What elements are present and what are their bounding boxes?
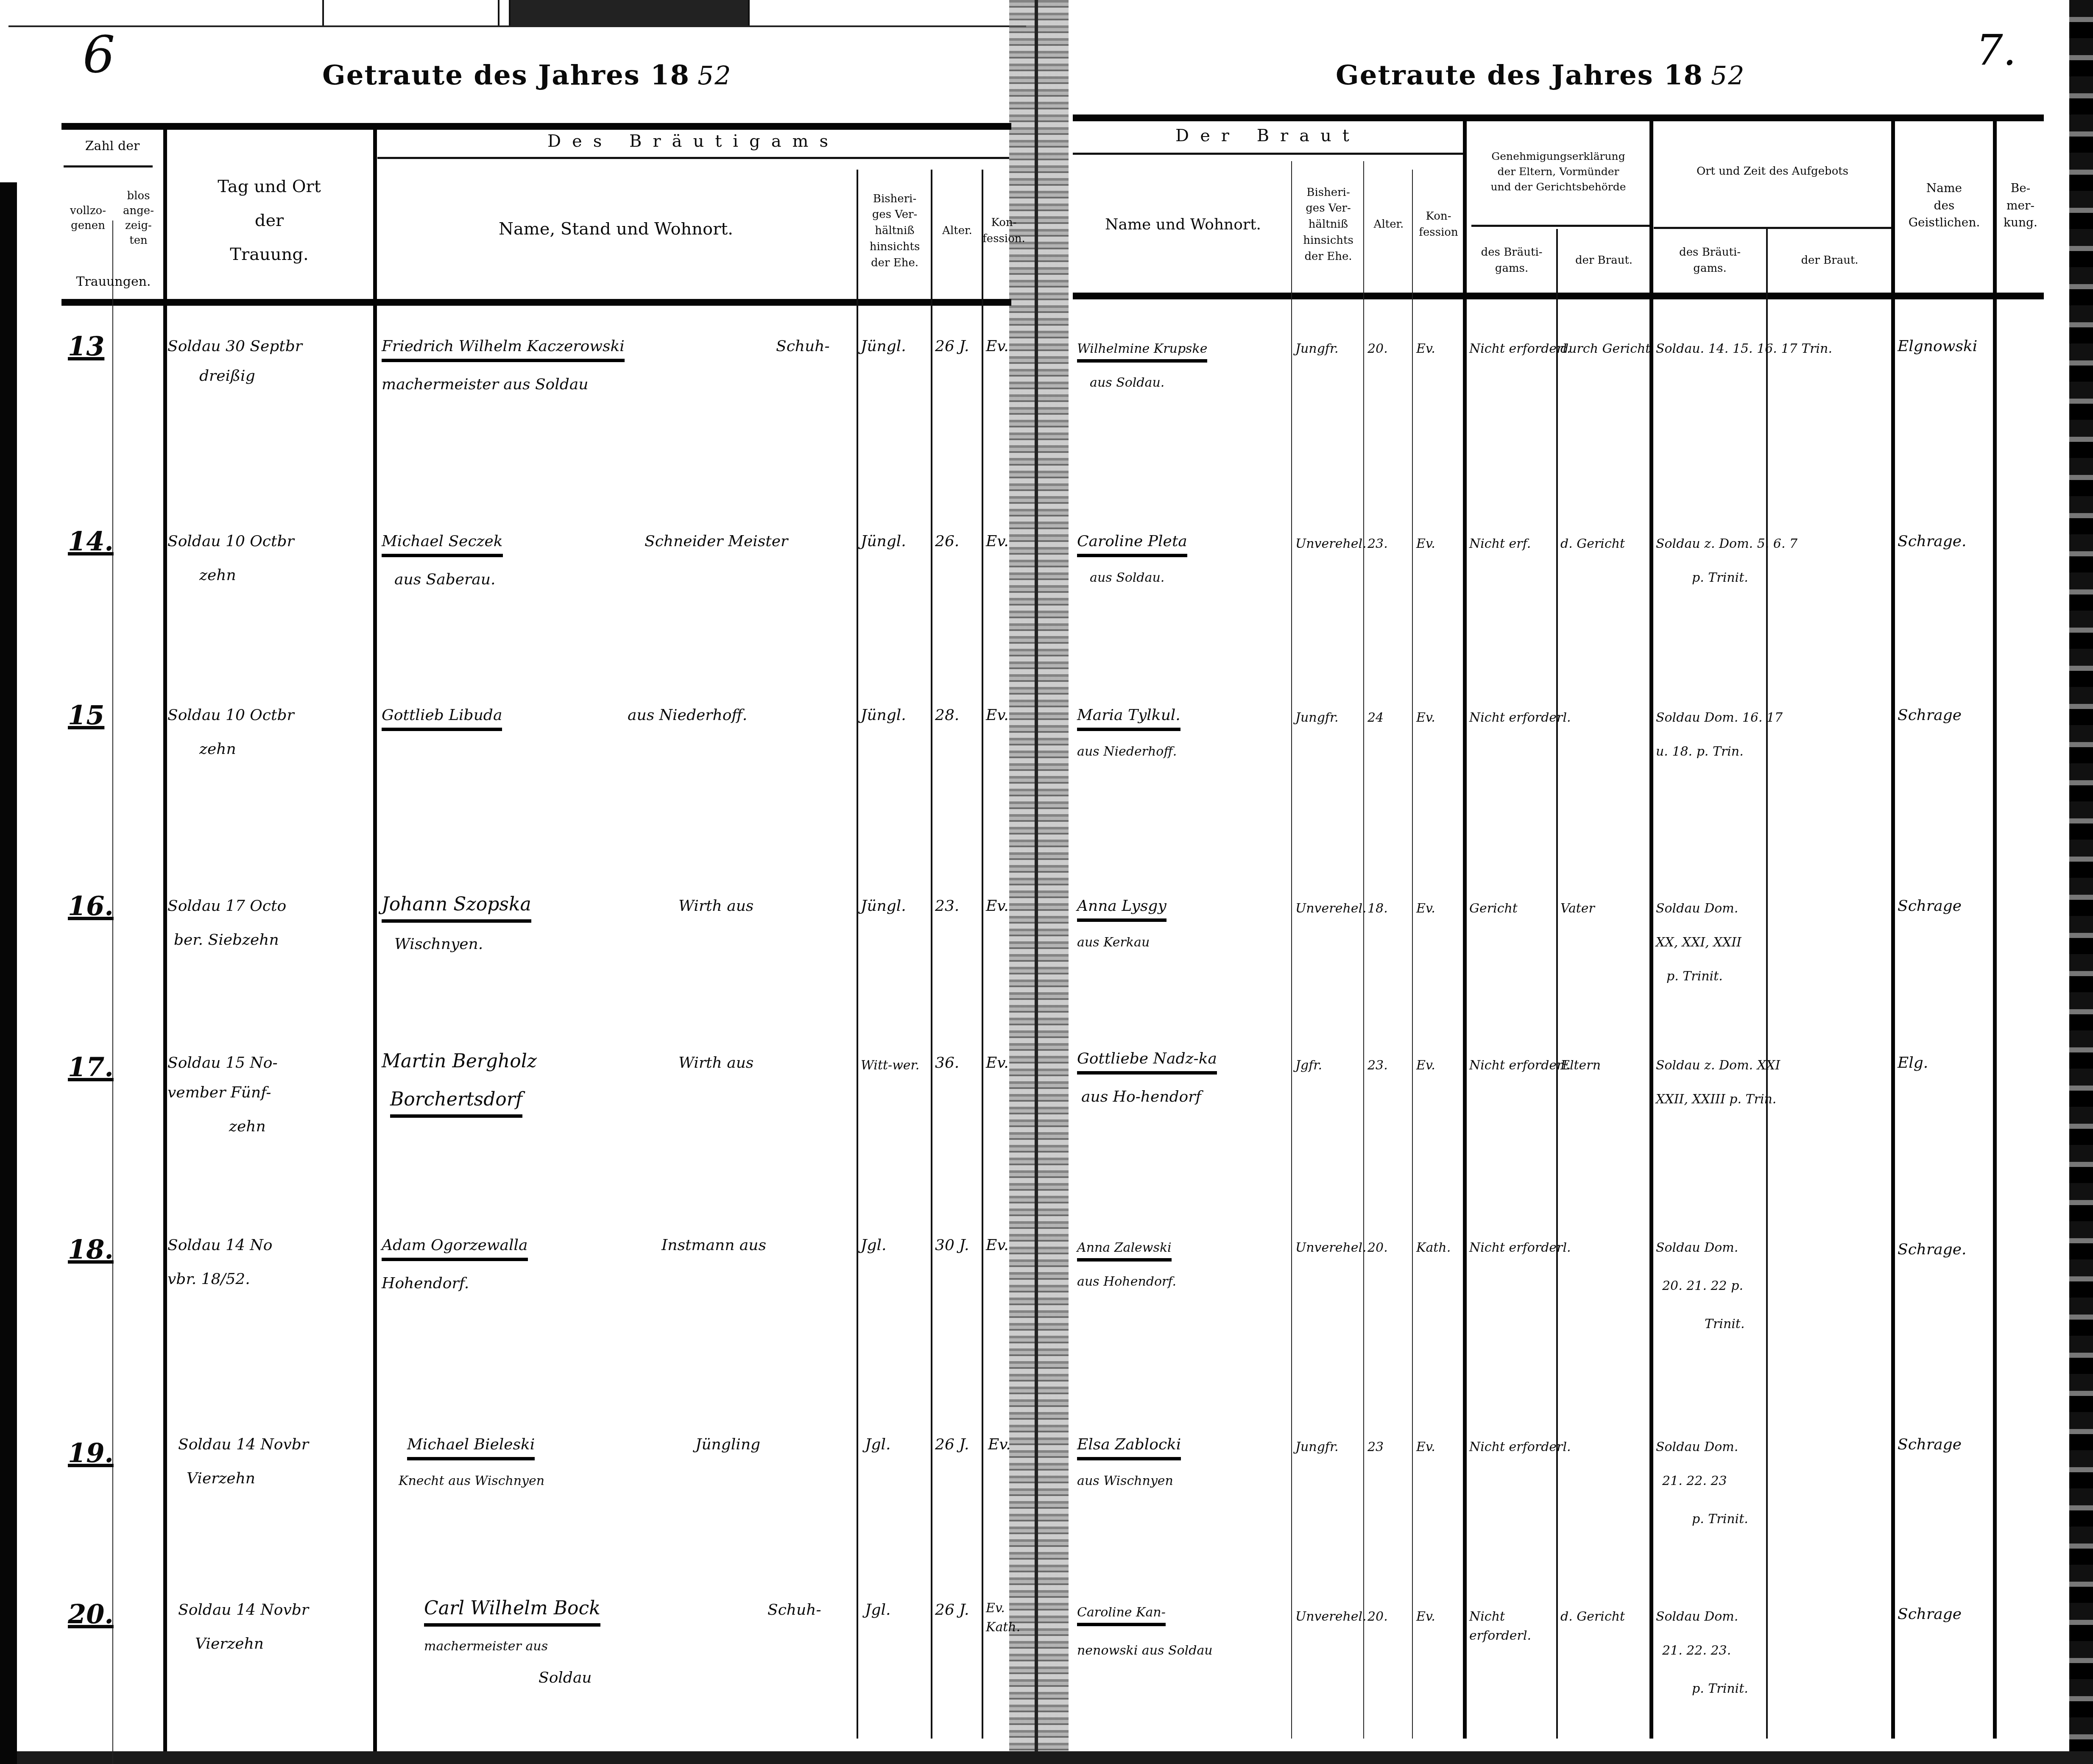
entry-number: 13	[68, 327, 104, 366]
entry-number: 18.	[68, 1230, 114, 1269]
banns: u. 18. p. Trin.	[1656, 742, 1744, 761]
bride-name: Gottliebe Nadz-ka	[1077, 1047, 1217, 1075]
bride-age: 24	[1367, 708, 1384, 727]
groom-name: Michael Bieleski	[407, 1433, 535, 1460]
bride-name: Maria Tylkul.	[1077, 704, 1180, 731]
entry-number: 20.	[68, 1594, 114, 1634]
groom-name: Friedrich Wilhelm Kaczerowski	[382, 335, 625, 362]
bride-confession: Ev.	[1416, 534, 1435, 553]
clergy: Schrage.	[1898, 530, 1966, 553]
groom-confession: Ev.	[988, 1433, 1011, 1456]
entry-number: 14.	[68, 522, 114, 561]
groom-stand: Knecht aus Wischnyen	[399, 1471, 544, 1490]
entry-number: 19.	[68, 1433, 114, 1473]
rule	[1471, 225, 1649, 227]
groom-stand: aus Saberau.	[394, 568, 495, 591]
right-header-bottom-rule	[1073, 293, 2044, 299]
col-divider	[857, 170, 858, 1739]
banns: XX, XXI, XXII	[1656, 933, 1741, 952]
consent-bride: Vater	[1560, 899, 1595, 918]
header-name-und-wohnort: Name und Wohnort.	[1077, 157, 1289, 293]
bride-place: nenowski aus Soldau	[1077, 1641, 1281, 1660]
header-tag-und-ort: Tag und Ort der Trauung.	[167, 153, 371, 288]
groom-age: 30 J.	[935, 1234, 969, 1257]
col-divider	[1993, 119, 1997, 1739]
col-divider	[1412, 170, 1413, 1739]
col-divider	[1363, 161, 1364, 1739]
groom-status: Jüngl.	[861, 530, 906, 553]
groom-stand: Wischnyen.	[394, 933, 483, 956]
bride-status: Jungfr.	[1295, 708, 1339, 727]
date-place: ber. Siebzehn	[174, 929, 279, 952]
groom-stand: Soldau	[539, 1666, 592, 1689]
groom-stand: Jüngling	[695, 1433, 760, 1456]
header-bisheriges-verhaeltniss: Bisheri- ges Ver- hältniß hinsichts der …	[859, 165, 931, 297]
left-header-bottom-rule	[61, 299, 1011, 306]
date-place: Vierzehn	[195, 1633, 264, 1655]
col-divider	[1463, 119, 1467, 1739]
title-year: 52	[1711, 61, 1745, 91]
header-trauungen: Trauungen.	[64, 267, 163, 297]
consent-groom: Nicht erforderl.	[1469, 339, 1571, 358]
bride-place: aus Soldau.	[1090, 568, 1164, 587]
bride-name: Caroline Kan-	[1077, 1603, 1166, 1626]
header-consent-groom: des Bräuti- gams.	[1467, 229, 1556, 293]
bride-status: Jgfr.	[1295, 1056, 1322, 1075]
groom-stand: Wirth aus	[678, 895, 753, 918]
consent-groom: Nicht erforderl.	[1469, 708, 1571, 727]
header-konfession: Kon- fession	[1414, 157, 1463, 293]
banns: XXII, XXIII p. Trin.	[1656, 1090, 1776, 1109]
col-divider	[112, 220, 113, 1764]
banns: Soldau Dom.	[1656, 1238, 1738, 1257]
banns: Soldau z. Dom. XXI	[1656, 1056, 1780, 1075]
rule	[1073, 153, 1463, 155]
bride-age: 23	[1367, 1437, 1384, 1457]
clergy: Elg.	[1898, 1052, 1928, 1075]
banns: Soldau Dom. 16. 17	[1656, 708, 1783, 727]
header-bisheriges-verhaeltniss: Bisheri- ges Ver- hältniß hinsichts der …	[1293, 157, 1363, 293]
date-place: vember Fünf-	[167, 1081, 271, 1104]
right-page-title: Getraute des Jahres 1852	[1336, 59, 1745, 91]
header-blos-angezeigten: blos ange- zeig- ten	[114, 170, 163, 267]
groom-confession: Ev.	[986, 895, 1009, 918]
date-place: zehn	[229, 1115, 266, 1138]
groom-age: 26.	[935, 530, 959, 553]
groom-confession: Ev.	[986, 335, 1009, 358]
bride-name: Anna Zalewski	[1077, 1238, 1172, 1262]
groom-confession: Ev.	[986, 1234, 1009, 1257]
header-aufgebot: Ort und Zeit des Aufgebots	[1654, 119, 1891, 225]
banns: Soldau Dom.	[1656, 899, 1738, 918]
date-place: Vierzehn	[187, 1467, 255, 1490]
bride-name: Caroline Pleta	[1077, 530, 1187, 557]
date-place: dreißig	[199, 365, 255, 388]
previous-page-stub	[322, 0, 500, 27]
banns: 20. 21. 22 p.	[1662, 1276, 1743, 1295]
date-place: Soldau 17 Octo	[167, 895, 286, 918]
groom-stand: aus Niederhoff.	[628, 704, 747, 727]
groom-confession: Ev.	[986, 1052, 1009, 1075]
bride-place: aus Kerkau	[1077, 933, 1150, 952]
spine-fold-line	[1035, 0, 1038, 1764]
groom-confession: Ev. Kath.	[986, 1599, 1024, 1637]
header-bemerkung: Be- mer- kung.	[1997, 119, 2044, 293]
bride-age: 23.	[1367, 1056, 1388, 1075]
left-page-top-edge	[8, 25, 1026, 27]
date-place: Soldau 10 Octbr	[167, 704, 294, 727]
groom-stand: Schneider Meister	[645, 530, 788, 553]
groom-name: Gottlieb Libuda	[382, 704, 502, 731]
header-vollzogenen: vollzo- genen	[64, 170, 112, 267]
bride-confession: Ev.	[1416, 708, 1435, 727]
groom-status: Jüngl.	[861, 335, 906, 358]
scan-right-edge	[2069, 0, 2093, 1764]
groom-status: Jgl.	[861, 1234, 886, 1257]
consent-bride: d. Gericht	[1560, 1607, 1625, 1626]
groom-stand: Schuh-	[767, 1599, 821, 1622]
entry-number: 15	[68, 695, 104, 735]
banns: p. Trinit.	[1666, 967, 1723, 986]
previous-page-stub	[509, 0, 750, 27]
groom-status: Witt-wer.	[861, 1056, 929, 1075]
consent-bride: durch Gericht	[1560, 339, 1650, 358]
bride-status: Unverehel.	[1295, 1607, 1367, 1626]
date-place: zehn	[199, 564, 236, 587]
bride-age: 18.	[1367, 899, 1388, 918]
bride-age: 23.	[1367, 534, 1388, 553]
date-place: vbr. 18/52.	[167, 1268, 250, 1291]
groom-age: 28.	[935, 704, 959, 727]
bride-confession: Ev.	[1416, 1437, 1435, 1457]
groom-name: Michael Seczek	[382, 530, 503, 557]
banns: p. Trinit.	[1692, 1679, 1748, 1698]
bride-status: Unverehel.	[1295, 1238, 1367, 1257]
banns: Soldau z. Dom. 5. 6. 7	[1656, 534, 1797, 553]
banns: p. Trinit.	[1692, 568, 1748, 587]
rule	[64, 165, 153, 167]
banns: Soldau Dom.	[1656, 1607, 1738, 1626]
consent-groom: Gericht	[1469, 899, 1518, 918]
header-des-braeutigams: Des Bräutigams	[377, 125, 1009, 157]
consent-bride: Eltern	[1560, 1056, 1601, 1075]
right-page-number: 7.	[1976, 25, 2016, 75]
col-divider	[1766, 229, 1768, 1739]
col-divider	[1649, 119, 1653, 1739]
date-place: Soldau 14 Novbr	[178, 1433, 309, 1456]
bride-place: aus Soldau.	[1090, 373, 1164, 392]
bride-confession: Kath.	[1416, 1238, 1451, 1257]
bride-place: aus Niederhoff.	[1077, 742, 1177, 761]
date-place: Soldau 30 Septbr	[167, 335, 302, 358]
banns: Trinit.	[1705, 1315, 1744, 1334]
header-geistlicher: Name des Geistlichen.	[1895, 119, 1993, 293]
scan-bottom-edge	[17, 1751, 2093, 1764]
left-page-title: Getraute des Jahres 1852	[322, 59, 731, 91]
date-place: Soldau 14 No	[167, 1234, 272, 1257]
date-place: Soldau 15 No-	[167, 1052, 278, 1075]
groom-age: 26 J.	[935, 335, 969, 358]
bride-place: aus Ho-hendorf	[1081, 1086, 1201, 1108]
entry-number: 16.	[68, 886, 114, 926]
col-divider	[982, 170, 983, 1739]
title-year: 52	[698, 61, 731, 91]
groom-name: Martin Bergholz	[382, 1047, 537, 1075]
clergy: Schrage	[1898, 1433, 1962, 1456]
groom-name: Carl Wilhelm Bock	[424, 1594, 600, 1627]
clergy: Schrage	[1898, 895, 1962, 918]
consent-groom: Nicht erforderl.	[1469, 1238, 1571, 1257]
header-genehmigungserklaerung: Genehmigungserklärung der Eltern, Vormün…	[1467, 119, 1649, 225]
banns: 21. 22. 23.	[1662, 1641, 1731, 1660]
col-divider	[373, 127, 377, 1751]
groom-status: Jgl.	[865, 1433, 890, 1456]
groom-stand: Wirth aus	[678, 1052, 753, 1075]
groom-name: Adam Ogorzewalla	[382, 1234, 528, 1261]
title-text: Getraute des Jahres 18	[322, 59, 690, 91]
bride-status: Jungfr.	[1295, 1437, 1339, 1457]
consent-groom: Nicht erforderl.	[1469, 1056, 1571, 1075]
header-zahl-der: Zahl der	[64, 129, 161, 163]
bride-name: Wilhelmine Krupske	[1077, 339, 1207, 363]
bride-confession: Ev.	[1416, 339, 1435, 358]
date-place: Soldau 10 Octbr	[167, 530, 294, 553]
col-divider	[931, 170, 932, 1739]
header-banns-bride: der Braut.	[1768, 229, 1891, 293]
groom-age: 26 J.	[935, 1433, 969, 1456]
groom-confession: Ev.	[986, 704, 1009, 727]
groom-status: Jüngl.	[861, 895, 906, 918]
bride-status: Jungfr.	[1295, 339, 1339, 358]
clergy: Elgnowski	[1898, 335, 1977, 358]
bride-age: 20.	[1367, 339, 1388, 358]
bride-age: 20.	[1367, 1238, 1388, 1257]
groom-status: Jgl.	[865, 1599, 890, 1622]
groom-age: 23.	[935, 895, 959, 918]
header-der-braut: Der Braut	[1077, 119, 1459, 153]
groom-stand: machermeister aus Soldau	[382, 373, 588, 396]
title-text: Getraute des Jahres 18	[1336, 59, 1703, 91]
consent-bride: d. Gericht	[1560, 534, 1625, 553]
header-alter: Alter.	[933, 165, 982, 297]
banns: p. Trinit.	[1692, 1510, 1748, 1529]
consent-groom: Nicht erforderl.	[1469, 1437, 1571, 1457]
bride-status: Unverehel.	[1295, 534, 1367, 553]
clergy: Schrage	[1898, 1603, 1962, 1626]
banns: Soldau. 14. 15. 16. 17 Trin.	[1656, 339, 1832, 358]
header-konfession: Kon- fession.	[984, 165, 1024, 297]
scan-left-edge	[0, 182, 17, 1764]
date-place: Soldau 14 Novbr	[178, 1599, 309, 1622]
consent-groom: Nicht erforderl.	[1469, 1607, 1554, 1645]
clergy: Schrage	[1898, 704, 1962, 727]
bride-name: Anna Lysgy	[1077, 895, 1166, 922]
col-divider	[1291, 161, 1292, 1739]
groom-stand: Schuh-	[776, 335, 830, 358]
bride-confession: Ev.	[1416, 1056, 1435, 1075]
groom-status: Jüngl.	[861, 704, 906, 727]
groom-stand: machermeister aus	[424, 1637, 548, 1656]
entry-number: 17.	[68, 1047, 114, 1087]
bride-place: aus Wischnyen	[1077, 1471, 1173, 1490]
groom-confession: Ev.	[986, 530, 1009, 553]
col-divider	[1891, 119, 1895, 1739]
groom-stand: Instmann aus	[661, 1234, 766, 1257]
consent-groom: Nicht erf.	[1469, 534, 1531, 553]
groom-stand: Borchertsdorf	[390, 1086, 522, 1118]
bride-confession: Ev.	[1416, 1607, 1435, 1626]
rule	[377, 157, 1009, 159]
header-banns-groom: des Bräuti- gams.	[1654, 229, 1766, 293]
header-consent-bride: der Braut.	[1558, 229, 1649, 293]
col-divider	[163, 127, 167, 1751]
groom-age: 36.	[935, 1052, 959, 1075]
banns: 21. 22. 23	[1662, 1471, 1727, 1490]
banns: Soldau Dom.	[1656, 1437, 1738, 1457]
bride-age: 20.	[1367, 1607, 1388, 1626]
header-alter: Alter.	[1365, 157, 1412, 293]
col-divider	[1556, 229, 1558, 1739]
date-place: zehn	[199, 738, 236, 761]
left-page-number: 6	[83, 25, 115, 84]
bride-place: aus Hohendorf.	[1077, 1272, 1176, 1291]
clergy: Schrage.	[1898, 1238, 1966, 1261]
groom-name: Johann Szopska	[382, 890, 531, 923]
groom-stand: Hohendorf.	[382, 1272, 469, 1295]
groom-age: 26 J.	[935, 1599, 969, 1622]
bride-status: Unverehel.	[1295, 899, 1367, 918]
header-name-stand-wohnort: Name, Stand und Wohnort.	[377, 161, 854, 297]
bride-name: Elsa Zablocki	[1077, 1433, 1181, 1460]
bride-confession: Ev.	[1416, 899, 1435, 918]
